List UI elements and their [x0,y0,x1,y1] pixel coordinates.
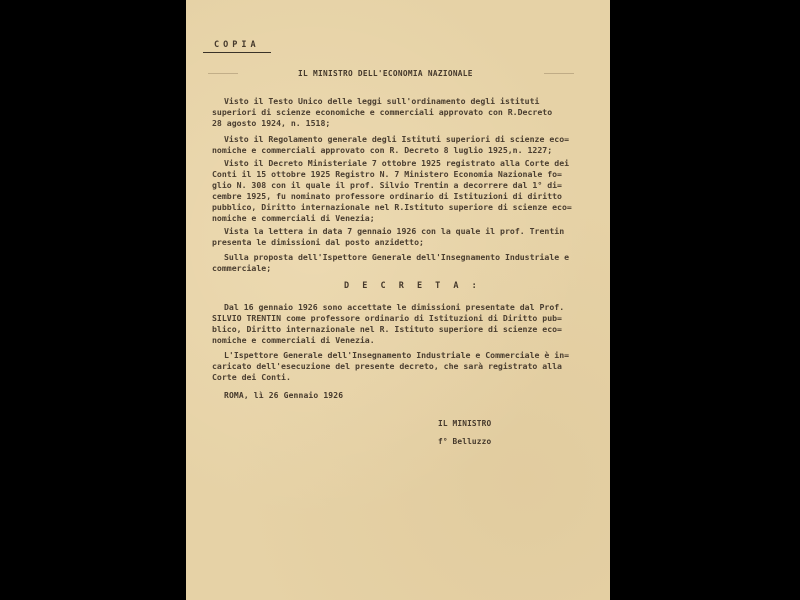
text-line: Vista la lettera in data 7 gennaio 1926 … [224,226,594,237]
text-line: SILVIO TRENTIN come professore ordinario… [212,313,594,324]
text-line: Visto il Testo Unico delle leggi sull'or… [224,96,594,107]
text-line: Visto il Regolamento generale degli Isti… [224,134,594,145]
text-line: Corte dei Conti. [212,372,594,383]
preamble-paragraph-5: Sulla proposta dell'Ispettore Generale d… [224,252,594,274]
preamble-paragraph-1: Visto il Testo Unico delle leggi sull'or… [224,96,594,129]
text-line: nomiche e commerciali approvato con R. D… [212,145,594,156]
copy-mark-underline [203,52,271,53]
document-title: IL MINISTRO DELL'ECONOMIA NAZIONALE [298,68,473,79]
preamble-paragraph-2: Visto il Regolamento generale degli Isti… [224,134,594,156]
text-line: Conti il 15 ottobre 1925 Registro N. 7 M… [212,169,594,180]
signatory-title: IL MINISTRO [438,418,491,429]
text-line: commerciale; [212,263,594,274]
decreta-heading: D E C R E T A : [344,281,481,292]
faint-dash-left [208,73,238,74]
text-line: 28 agosto 1924, n. 1518; [212,118,594,129]
text-line: caricato dell'esecuzione del presente de… [212,361,594,372]
text-line: Dal 16 gennaio 1926 sono accettate le di… [224,302,594,313]
signature: f° Belluzzo [438,436,491,447]
text-line: glio N. 308 con il quale il prof. Silvio… [212,180,594,191]
article-paragraph-2: L'Ispettore Generale dell'Insegnamento I… [224,350,594,383]
place-date: ROMA, lì 26 Gennaio 1926 [224,390,343,401]
document-page: COPIA IL MINISTRO DELL'ECONOMIA NAZIONAL… [186,0,610,600]
text-line: pubblico, Diritto internazionale nel R.I… [212,202,594,213]
text-line: presenta le dimissioni dal posto anzidet… [212,237,594,248]
article-paragraph-1: Dal 16 gennaio 1926 sono accettate le di… [224,302,594,346]
text-line: L'Ispettore Generale dell'Insegnamento I… [224,350,594,361]
text-line: Sulla proposta dell'Ispettore Generale d… [224,252,594,263]
preamble-paragraph-4: Vista la lettera in data 7 gennaio 1926 … [224,226,594,248]
text-line: Visto il Decreto Ministeriale 7 ottobre … [224,158,594,169]
text-line: blico, Diritto internazionale nel R. Ist… [212,324,594,335]
text-line: superiori di scienze economiche e commer… [212,107,594,118]
faint-dash-right [544,73,574,74]
preamble-paragraph-3: Visto il Decreto Ministeriale 7 ottobre … [224,158,594,224]
copy-mark: COPIA [214,40,260,51]
text-line: nomiche e commerciali di Venezia; [212,213,594,224]
text-line: cembre 1925, fu nominato professore ordi… [212,191,594,202]
text-line: nomiche e commerciali di Venezia. [212,335,594,346]
